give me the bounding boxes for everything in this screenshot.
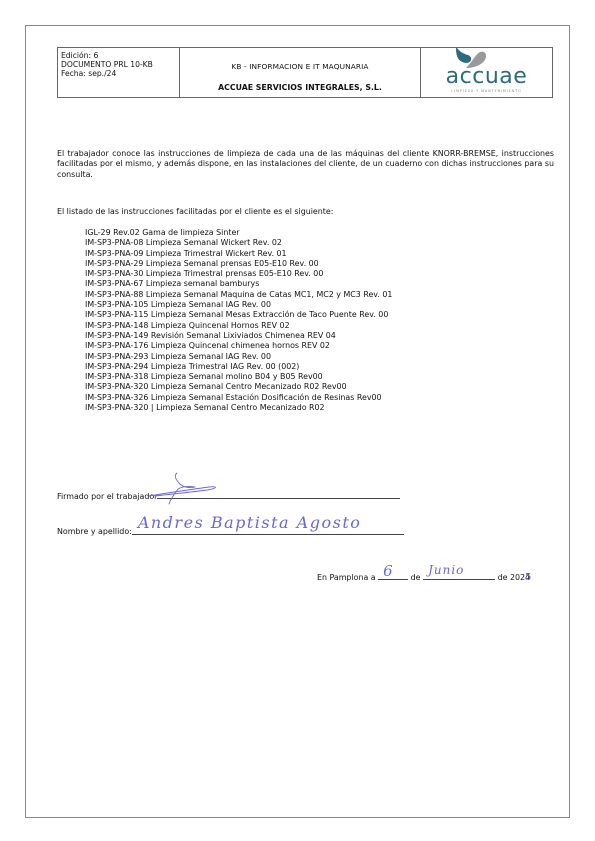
handwritten-day: 6 [383, 562, 393, 580]
signature-line [157, 497, 400, 499]
instruction-item: IM-SP3-PNA-115 Limpieza Semanal Mesas Ex… [85, 310, 392, 320]
instruction-item: IM-SP3-PNA-105 Limpieza Semanal IAG Rev.… [85, 300, 392, 310]
place-prefix: En Pamplona a [317, 573, 376, 582]
company-name: ACCUAE SERVICIOS INTEGRALES, S.L. [180, 83, 420, 92]
instruction-item: IM-SP3-PNA-148 Limpieza Quincenal Hornos… [85, 321, 392, 331]
header-meta-cell: Edición: 6 DOCUMENTO PRL 10-KB Fecha: se… [58, 48, 180, 97]
list-intro-paragraph: El listado de las instrucciones facilita… [57, 207, 333, 217]
place-date-row: En Pamplona a 6 de Junio de 20245 [317, 569, 531, 583]
signature-row: Firmado por el trabajador [57, 492, 400, 501]
name-line: Andres Baptista Agosto [132, 533, 404, 535]
edition-label: Edición: 6 [61, 51, 179, 60]
header-logo-cell: accuae LIMPIEZA Y MANTENIMIENTO [421, 48, 552, 97]
handwritten-signature-icon [147, 471, 257, 505]
instruction-item: IM-SP3-PNA-176 Limpieza Quincenal chimen… [85, 341, 392, 351]
instruction-item: IM-SP3-PNA-88 Limpieza Semanal Maquina d… [85, 290, 392, 300]
instruction-item: IM-SP3-PNA-320 Limpieza Semanal Centro M… [85, 382, 392, 392]
instruction-item: IM-SP3-PNA-08 Limpieza Semanal Wickert R… [85, 238, 392, 248]
year-correction: 5 [525, 573, 531, 583]
header-title-cell: KB - INFORMACION E IT MAQUNARIA ACCUAE S… [180, 48, 421, 97]
instruction-item: IM-SP3-PNA-149 Revisión Semanal Lixiviad… [85, 331, 392, 341]
instruction-item: IM-SP3-PNA-09 Limpieza Trimestral Wicker… [85, 249, 392, 259]
document-header-table: Edición: 6 DOCUMENTO PRL 10-KB Fecha: se… [57, 47, 553, 98]
instruction-item: IM-SP3-PNA-294 Limpieza Trimestral IAG R… [85, 362, 392, 372]
instruction-item: IM-SP3-PNA-29 Limpieza Semanal prensas E… [85, 259, 392, 269]
instruction-item: IM-SP3-PNA-320 | Limpieza Semanal Centro… [85, 403, 392, 413]
instruction-item: IM-SP3-PNA-326 Limpieza Semanal Estación… [85, 393, 392, 403]
instructions-list: IGL-29 Rev.02 Gama de limpieza SinterIM-… [85, 228, 392, 413]
instruction-item: IM-SP3-PNA-67 Limpieza semanal bamburys [85, 279, 392, 289]
instruction-item: IGL-29 Rev.02 Gama de limpieza Sinter [85, 228, 392, 238]
handwritten-month: Junio [428, 563, 464, 577]
day-field: 6 [378, 569, 408, 580]
de-label-1: de [411, 573, 421, 582]
name-label: Nombre y apellido: [57, 527, 132, 536]
accuae-tagline: LIMPIEZA Y MANTENIMIENTO [421, 89, 552, 93]
intro-paragraph: El trabajador conoce las instrucciones d… [57, 149, 554, 180]
accuae-wordmark: accuae [421, 65, 552, 89]
instruction-item: IM-SP3-PNA-30 Limpieza Trimestral prensa… [85, 269, 392, 279]
instruction-item: IM-SP3-PNA-318 Limpieza Semanal molino B… [85, 372, 392, 382]
document-code: DOCUMENTO PRL 10-KB [61, 60, 179, 69]
signed-by-label: Firmado por el trabajador [57, 492, 157, 501]
name-row: Nombre y apellido: Andres Baptista Agost… [57, 527, 404, 536]
document-title: KB - INFORMACION E IT MAQUNARIA [180, 62, 420, 71]
handwritten-name: Andres Baptista Agosto [138, 513, 362, 532]
month-field: Junio [423, 569, 495, 580]
instruction-item: IM-SP3-PNA-293 Limpieza Semanal IAG Rev.… [85, 352, 392, 362]
page-border [25, 25, 570, 818]
document-date: Fecha: sep./24 [61, 69, 179, 78]
